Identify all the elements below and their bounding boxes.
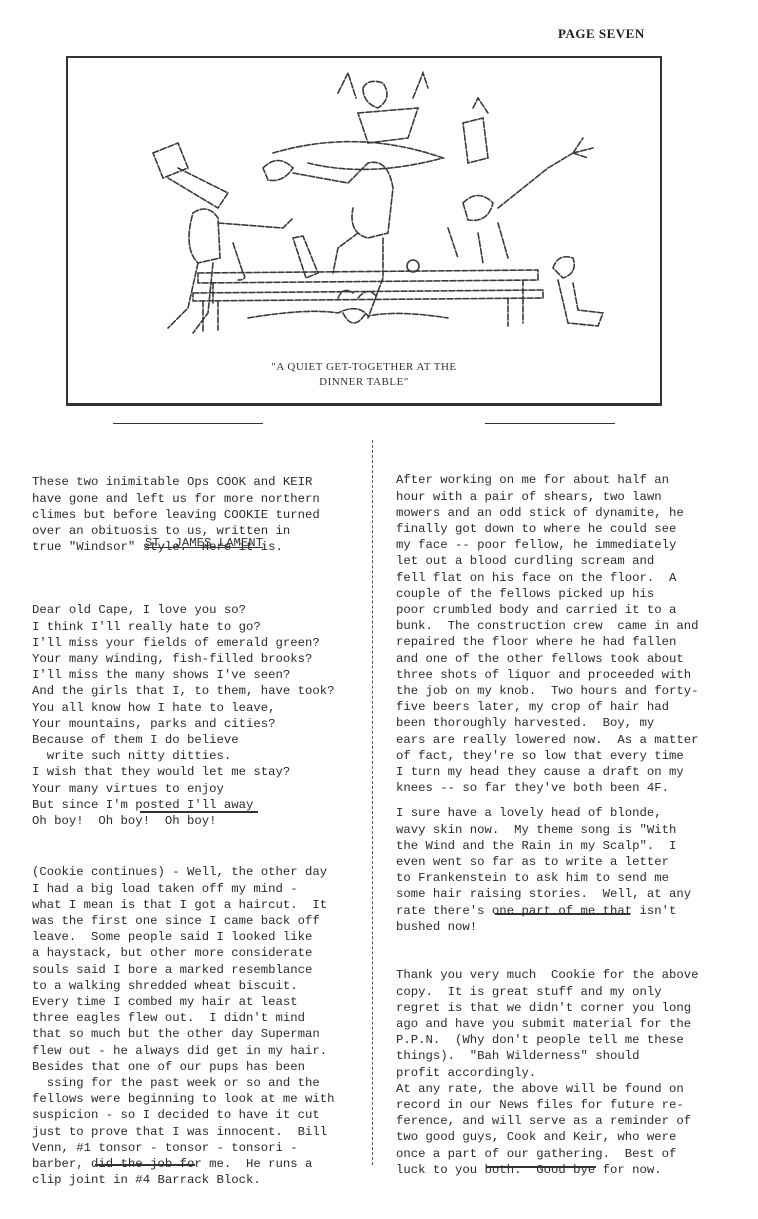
- divider-rule: [495, 913, 630, 915]
- story-continued: I sure have a lovely head of blonde, wav…: [396, 773, 691, 951]
- divider-rule: [140, 811, 258, 813]
- illustration-frame: "A QUIET GET-TOGETHER AT THE DINNER TABL…: [66, 56, 662, 406]
- continuation-block: (Cookie continues) - Well, the other day…: [32, 832, 335, 1205]
- divider-rule: [486, 1166, 596, 1168]
- illustration-caption: "A QUIET GET-TOGETHER AT THE DINNER TABL…: [68, 360, 660, 390]
- poem-text: Dear old Cape, I love you so? I think I'…: [32, 602, 335, 829]
- poem: Dear old Cape, I love you so? I think I'…: [32, 570, 335, 845]
- divider-rule: [113, 423, 263, 424]
- page-header: PAGE SEVEN: [558, 26, 645, 42]
- poem-title: ST. JAMES LAMENT: [145, 535, 263, 551]
- divider-rule: [485, 423, 615, 424]
- cartoon-illustration: [68, 58, 660, 358]
- caption-line: DINNER TABLE": [68, 375, 660, 390]
- story2-text: I sure have a lovely head of blonde, wav…: [396, 805, 691, 935]
- divider-rule: [95, 1164, 195, 1166]
- caption-line: "A QUIET GET-TOGETHER AT THE: [68, 360, 660, 375]
- left-column: These two inimitable Ops COOK and KEIR h…: [32, 442, 320, 572]
- editor-note-block: Thank you very much Cookie for the above…: [396, 935, 699, 1194]
- editor-note-text: Thank you very much Cookie for the above…: [396, 967, 699, 1178]
- column-divider: [372, 440, 373, 1165]
- continuation-text: (Cookie continues) - Well, the other day…: [32, 864, 335, 1188]
- story-text: After working on me for about half an ho…: [396, 472, 699, 796]
- right-column: After working on me for about half an ho…: [396, 440, 699, 813]
